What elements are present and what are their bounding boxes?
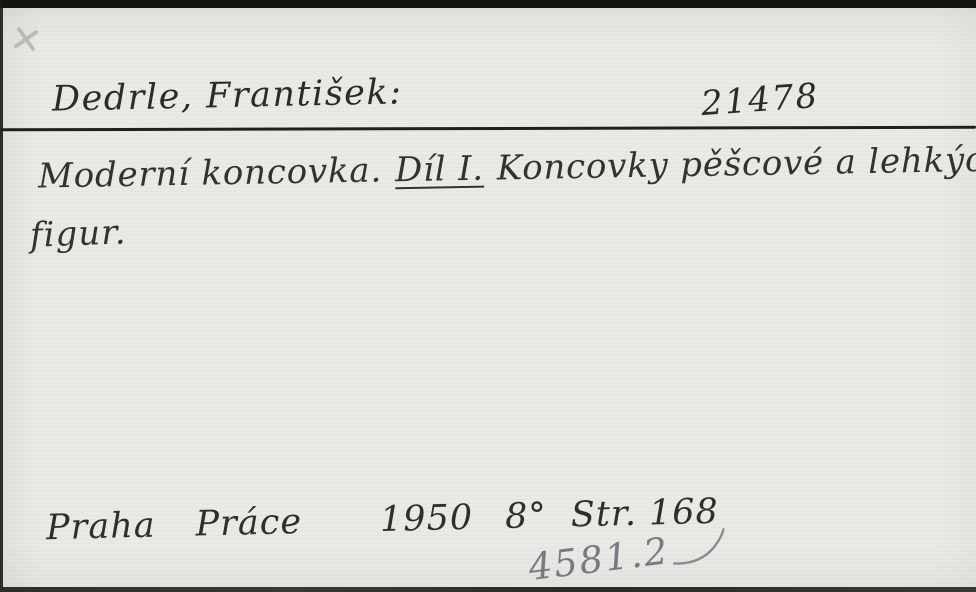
scan-edge-top bbox=[0, 0, 976, 8]
shelfmark-number: 4581.2 bbox=[526, 529, 672, 589]
author-heading: Dedrle, František: bbox=[52, 72, 403, 119]
title-volume-underlined: Díl I. bbox=[395, 149, 485, 191]
title-line-2: figur. bbox=[29, 212, 127, 255]
accession-number: 21478 bbox=[700, 76, 821, 124]
imprint-year: 1950 bbox=[380, 498, 474, 540]
imprint-publisher: Práce bbox=[195, 502, 302, 545]
scan-edge-left bbox=[0, 0, 3, 592]
header-rule-line bbox=[0, 126, 976, 132]
title-text: Moderní koncovka. bbox=[38, 150, 383, 196]
title-subtitle: Koncovky pěšcové a lehkých bbox=[496, 140, 976, 189]
pencil-x-mark: ✕ bbox=[6, 16, 45, 65]
imprint-place: Praha bbox=[46, 506, 157, 549]
scan-edge-bottom bbox=[0, 587, 976, 592]
imprint-format: 8° bbox=[505, 496, 548, 537]
pen-flourish-stroke bbox=[669, 527, 731, 568]
title-line-1: Moderní koncovka.Díl I.Koncovky pěšcové … bbox=[38, 140, 976, 197]
catalog-card-scan: ✕ Dedrle, František: 21478 Moderní konco… bbox=[0, 0, 976, 592]
